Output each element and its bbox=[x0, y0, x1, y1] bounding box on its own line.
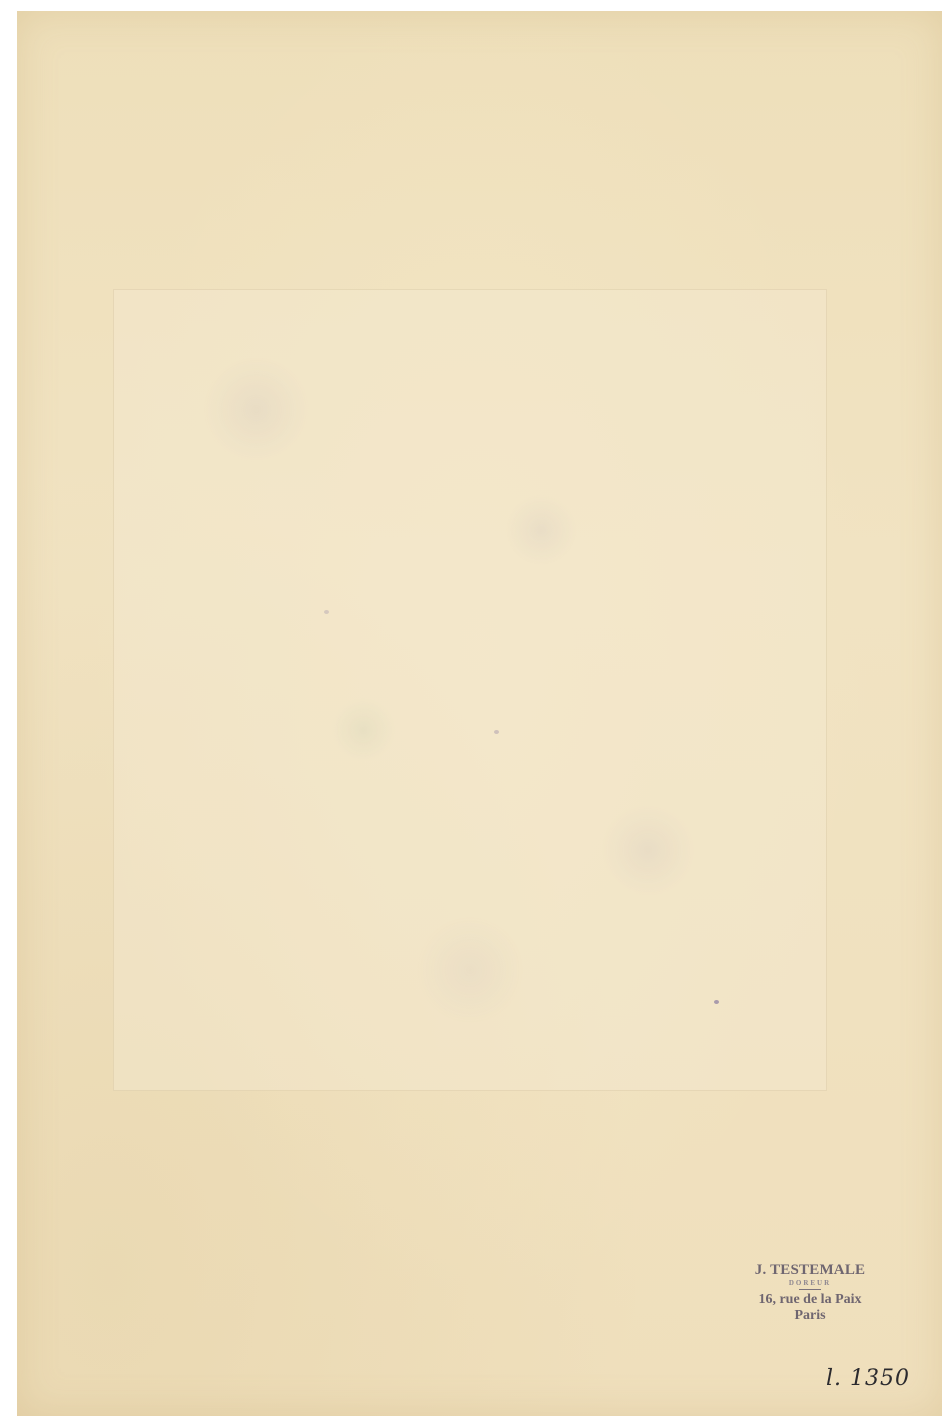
stamp-city: Paris bbox=[735, 1308, 885, 1323]
stamp-trade: DOREUR bbox=[735, 1280, 885, 1288]
print-show-through bbox=[113, 289, 827, 1091]
stamp-address: 16, rue de la Paix bbox=[735, 1292, 885, 1307]
paper-sheet: J. TESTEMALE DOREUR 16, rue de la Paix P… bbox=[17, 11, 942, 1416]
dealer-stamp: J. TESTEMALE DOREUR 16, rue de la Paix P… bbox=[735, 1262, 885, 1323]
stamp-rule bbox=[799, 1289, 821, 1290]
ink-speck bbox=[324, 610, 329, 614]
stamp-name: J. TESTEMALE bbox=[735, 1262, 885, 1279]
inventory-number: l. 1350 bbox=[826, 1366, 910, 1391]
ink-speck bbox=[714, 1000, 719, 1004]
ink-speck bbox=[494, 730, 499, 734]
